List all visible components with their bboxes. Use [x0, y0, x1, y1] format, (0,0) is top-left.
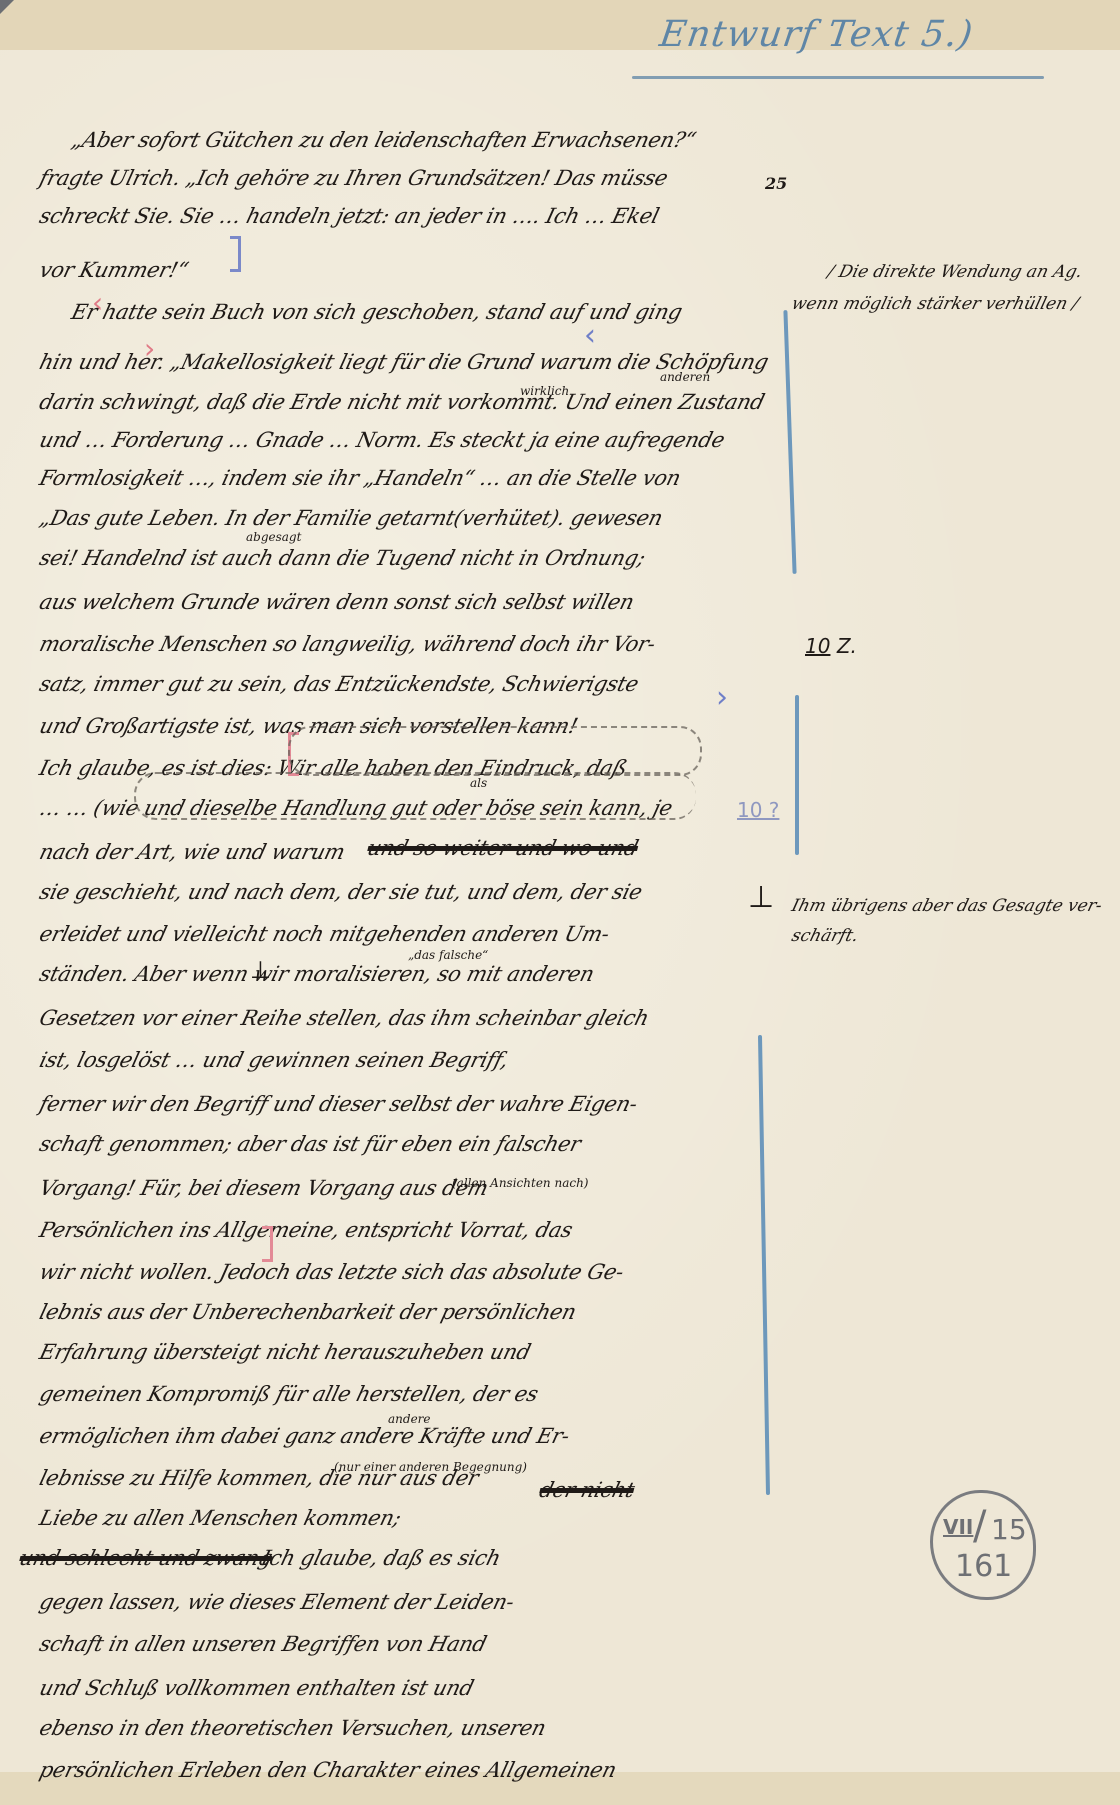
interlinear-insertion: (allen Ansichten nach)	[452, 1176, 588, 1190]
manuscript-line: gemeinen Kompromiß für alle herstellen, …	[37, 1382, 541, 1406]
margin-note: wenn möglich stärker verhüllen /	[790, 294, 1081, 314]
manuscript-line: nach der Art, wie und warum	[37, 840, 347, 864]
struck-line: der nicht	[537, 1478, 637, 1502]
margin-note: / Die direkte Wendung an Ag.	[826, 262, 1085, 282]
manuscript-line: fragte Ulrich. „Ich gehöre zu Ihren Grun…	[37, 166, 670, 190]
interlinear-insertion: anderen	[660, 370, 710, 384]
manuscript-line: Persönlichen ins Allgemeine, entspricht …	[37, 1218, 575, 1242]
insertion-mark-icon: ⊥	[748, 880, 774, 915]
page-heading: Entwurf Text 5.)	[657, 14, 976, 55]
stamp-slash: /	[973, 1503, 986, 1549]
manuscript-line: satz, immer gut zu sein, das Entzückends…	[37, 672, 641, 696]
blue-chevron-mark: ‹	[584, 318, 596, 353]
manuscript-line: „Das gute Leben. In der Familie getarnt(…	[37, 506, 665, 530]
margin-note: schärft.	[790, 926, 861, 946]
manuscript-line: Liebe zu allen Menschen kommen;	[37, 1506, 404, 1530]
manuscript-line: vor Kummer!“	[37, 258, 191, 282]
manuscript-line: Ich glaube, daß es sich	[259, 1546, 503, 1570]
manuscript-line: „Aber sofort Gütchen zu den leidenschaft…	[69, 128, 698, 152]
interlinear-insertion: „das falsche“	[408, 948, 488, 962]
blue-margin-bar	[795, 695, 799, 855]
manuscript-line: und … Forderung … Gnade … Norm. Es steck…	[37, 428, 727, 452]
manuscript-line: moralische Menschen so langweilig, währe…	[37, 632, 658, 656]
interlinear-insertion: abgesagt	[246, 530, 301, 544]
blue-margin-bar	[783, 310, 796, 574]
dashed-insertion-loop	[288, 726, 702, 776]
scan-corner	[0, 0, 14, 14]
manuscript-line: erleidet und vielleicht noch mitgehenden…	[37, 922, 612, 946]
interlinear-insertion: andere	[388, 1412, 431, 1426]
page-number-mark: 25	[765, 174, 787, 193]
blue-margin-bar	[758, 1035, 770, 1495]
manuscript-line: schaft genommen; aber das ist für eben e…	[37, 1132, 583, 1156]
dashed-insertion-loop	[134, 772, 696, 820]
manuscript-line: gegen lassen, wie dieses Element der Lei…	[37, 1590, 516, 1614]
interlinear-insertion: wirklich	[520, 384, 569, 398]
archive-stamp: VII / 15 161	[930, 1490, 1036, 1600]
manuscript-line: Formlosigkeit …, indem sie ihr „Handeln“…	[37, 466, 683, 490]
struck-line: und so weiter und wo und	[365, 836, 641, 860]
manuscript-line: schaft in allen unseren Begriffen von Ha…	[37, 1632, 489, 1656]
manuscript-line: sei! Handelnd ist auch dann die Tugend n…	[37, 546, 648, 570]
manuscript-line: Gesetzen vor einer Reihe stellen, das ih…	[37, 1006, 651, 1030]
manuscript-line: ferner wir den Begriff und dieser selbst…	[37, 1092, 640, 1116]
margin-line-count: 10 Z.	[805, 634, 857, 658]
manuscript-line: darin schwingt, daß die Erde nicht mit v…	[37, 390, 767, 414]
manuscript-line: schreckt Sie. Sie … handeln jetzt: an je…	[37, 204, 662, 228]
manuscript-line: ist, losgelöst … und gewinnen seinen Beg…	[37, 1048, 511, 1072]
struck-line: und schlecht und zwang	[17, 1546, 275, 1570]
manuscript-line: und Schluß vollkommen enthalten ist und	[37, 1676, 476, 1700]
manuscript-line: Vorgang! Für, bei diesem Vorgang aus dem	[37, 1176, 491, 1200]
manuscript-line: ebenso in den theoretischen Versuchen, u…	[37, 1716, 548, 1740]
margin-note: Ihm übrigens aber das Gesagte ver-	[790, 896, 1105, 916]
manuscript-line: Erfahrung übersteigt nicht herauszuheben…	[37, 1340, 533, 1364]
red-bracket-mark	[262, 1226, 273, 1262]
blue-bracket-mark	[230, 236, 241, 272]
heading-underline	[632, 76, 1044, 79]
pencil-query-note: 10 ?	[737, 798, 779, 822]
manuscript-line: persönlichen Erleben den Charakter eines…	[37, 1758, 619, 1782]
red-chevron-mark: ‹	[92, 286, 103, 319]
manuscript-line: aus welchem Grunde wären denn sonst sich…	[37, 590, 636, 614]
stamp-page: 161	[955, 1549, 1012, 1584]
manuscript-page: Entwurf Text 5.) 25 „Aber sofort Gütchen…	[0, 0, 1120, 1805]
interlinear-insertion: (nur einer anderen Begegnung)	[334, 1460, 527, 1474]
stamp-series: VII	[943, 1515, 973, 1539]
manuscript-line: wir nicht wollen. Jedoch das letzte sich…	[37, 1260, 626, 1284]
red-chevron-mark: ›	[144, 332, 155, 365]
blue-chevron-mark: ›	[716, 680, 728, 715]
manuscript-line: sie geschieht, und nach dem, der sie tut…	[37, 880, 645, 904]
insertion-mark-icon: ⊥	[250, 956, 271, 984]
margin-number: 10	[805, 634, 830, 658]
stamp-folder: 15	[991, 1513, 1027, 1546]
manuscript-line: lebnis aus der Unberechenbarkeit der per…	[37, 1300, 579, 1324]
manuscript-line: ermöglichen ihm dabei ganz andere Kräfte…	[37, 1424, 572, 1448]
manuscript-line: ständen. Aber wenn wir moralisieren, so …	[37, 962, 597, 986]
margin-number-suffix: Z.	[837, 634, 857, 658]
